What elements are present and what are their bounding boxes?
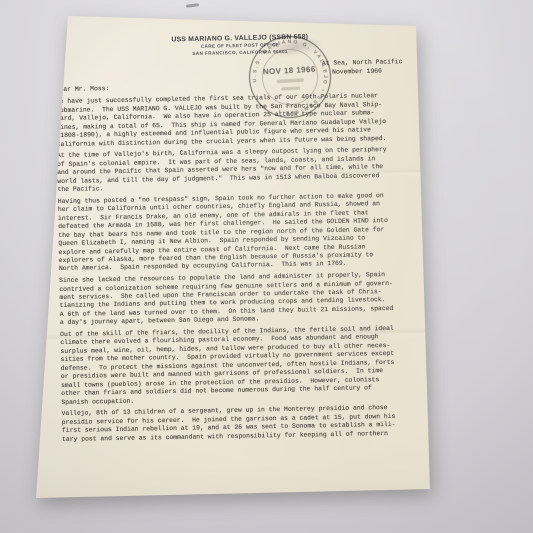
postmark-stamp-icon: U.S.S. MARIANO G. VALLEJO • SSBN-658 • N…	[240, 27, 341, 128]
svg-text:U.S.S. MARIANO G. VALLEJO • SS: U.S.S. MARIANO G. VALLEJO • SSBN-658 •	[246, 34, 333, 121]
letter-body: Dear Mr. Moss: We have just successfully…	[56, 80, 419, 448]
stamp-ring-text: U.S.S. MARIANO G. VALLEJO • SSBN-658 •	[246, 34, 333, 121]
letter-paragraph-3: Having thus posted a "no trespass" sign,…	[58, 191, 415, 274]
letter-paragraph-2: At the time of Vallejo's birth, Californ…	[57, 146, 414, 195]
dateline-date: November 1966	[332, 67, 403, 77]
letter-paragraph-5: Out of the skill of the friars, the doci…	[60, 324, 417, 407]
stamp-date: NOV 18 1966	[263, 65, 316, 77]
letter-paper: USS MARIANO G. VALLEJO (SSBN 658) CARE O…	[0, 0, 533, 533]
letter-paragraph-1: We have just successfully completed the …	[56, 92, 413, 149]
dateline-place: At Sea, North Pacific	[322, 58, 403, 68]
letter-paragraph-6: Vallejo, 8th of 13 children of a sergean…	[62, 404, 419, 444]
letter-paragraph-4: Since she lacked the resources to popula…	[59, 271, 416, 328]
photo-of-letter: USS MARIANO G. VALLEJO (SSBN 658) CARE O…	[0, 0, 533, 533]
